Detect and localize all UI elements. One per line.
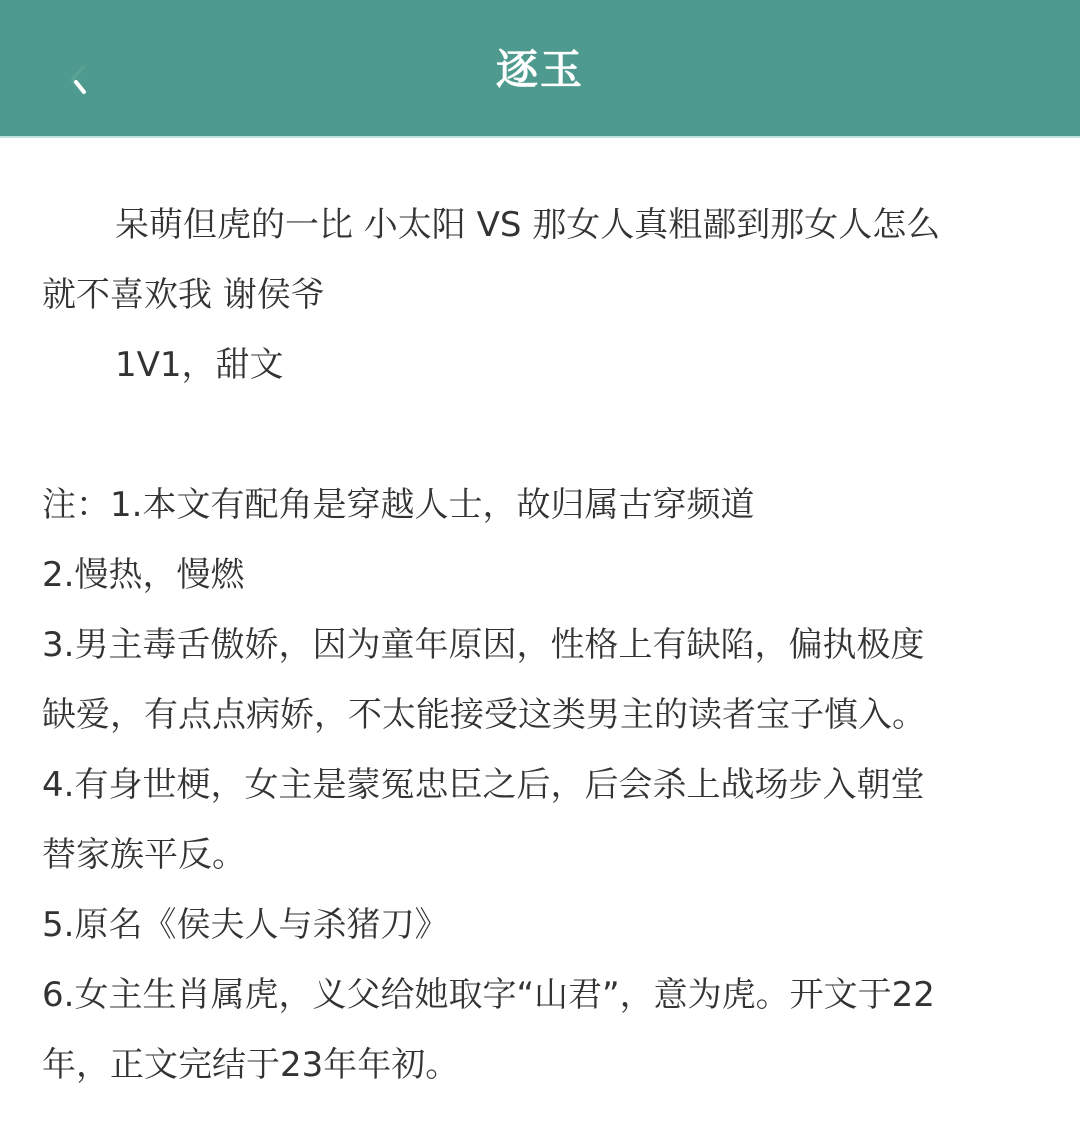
note-line: 4.有身世梗，女主是蒙冤忠臣之后，后会杀上战场步入朝堂 — [42, 750, 1042, 820]
note-line: 缺爱，有点点病娇，不太能接受这类男主的读者宝子慎入。 — [42, 680, 1042, 750]
app-header: 逐玉 — [0, 0, 1080, 138]
intro-line: 呆萌但虎的一比 小太阳 VS 那女人真粗鄙到那女人怎么 — [42, 190, 1042, 260]
article-body: 呆萌但虎的一比 小太阳 VS 那女人真粗鄙到那女人怎么 就不喜欢我 谢侯爷 1V… — [42, 190, 1042, 1100]
note-line: 5.原名《侯夫人与杀猪刀》 — [42, 890, 1042, 960]
note-line: 3.男主毒舌傲娇，因为童年原因，性格上有缺陷，偏执极度 — [42, 610, 1042, 680]
intro-line: 就不喜欢我 谢侯爷 — [42, 260, 1042, 330]
note-line: 注：1.本文有配角是穿越人士，故归属古穿频道 — [42, 470, 1042, 540]
note-line: 替家族平反。 — [42, 820, 1042, 890]
spacer — [42, 400, 1042, 470]
note-line: 6.女主生肖属虎，义父给她取字“山君”，意为虎。开文于22 — [42, 960, 1042, 1030]
note-line: 年，正文完结于23年年初。 — [42, 1030, 1042, 1100]
intro-tags-line: 1V1，甜文 — [42, 330, 1042, 400]
page-title: 逐玉 — [0, 0, 1080, 136]
note-line: 2.慢热，慢燃 — [42, 540, 1042, 610]
